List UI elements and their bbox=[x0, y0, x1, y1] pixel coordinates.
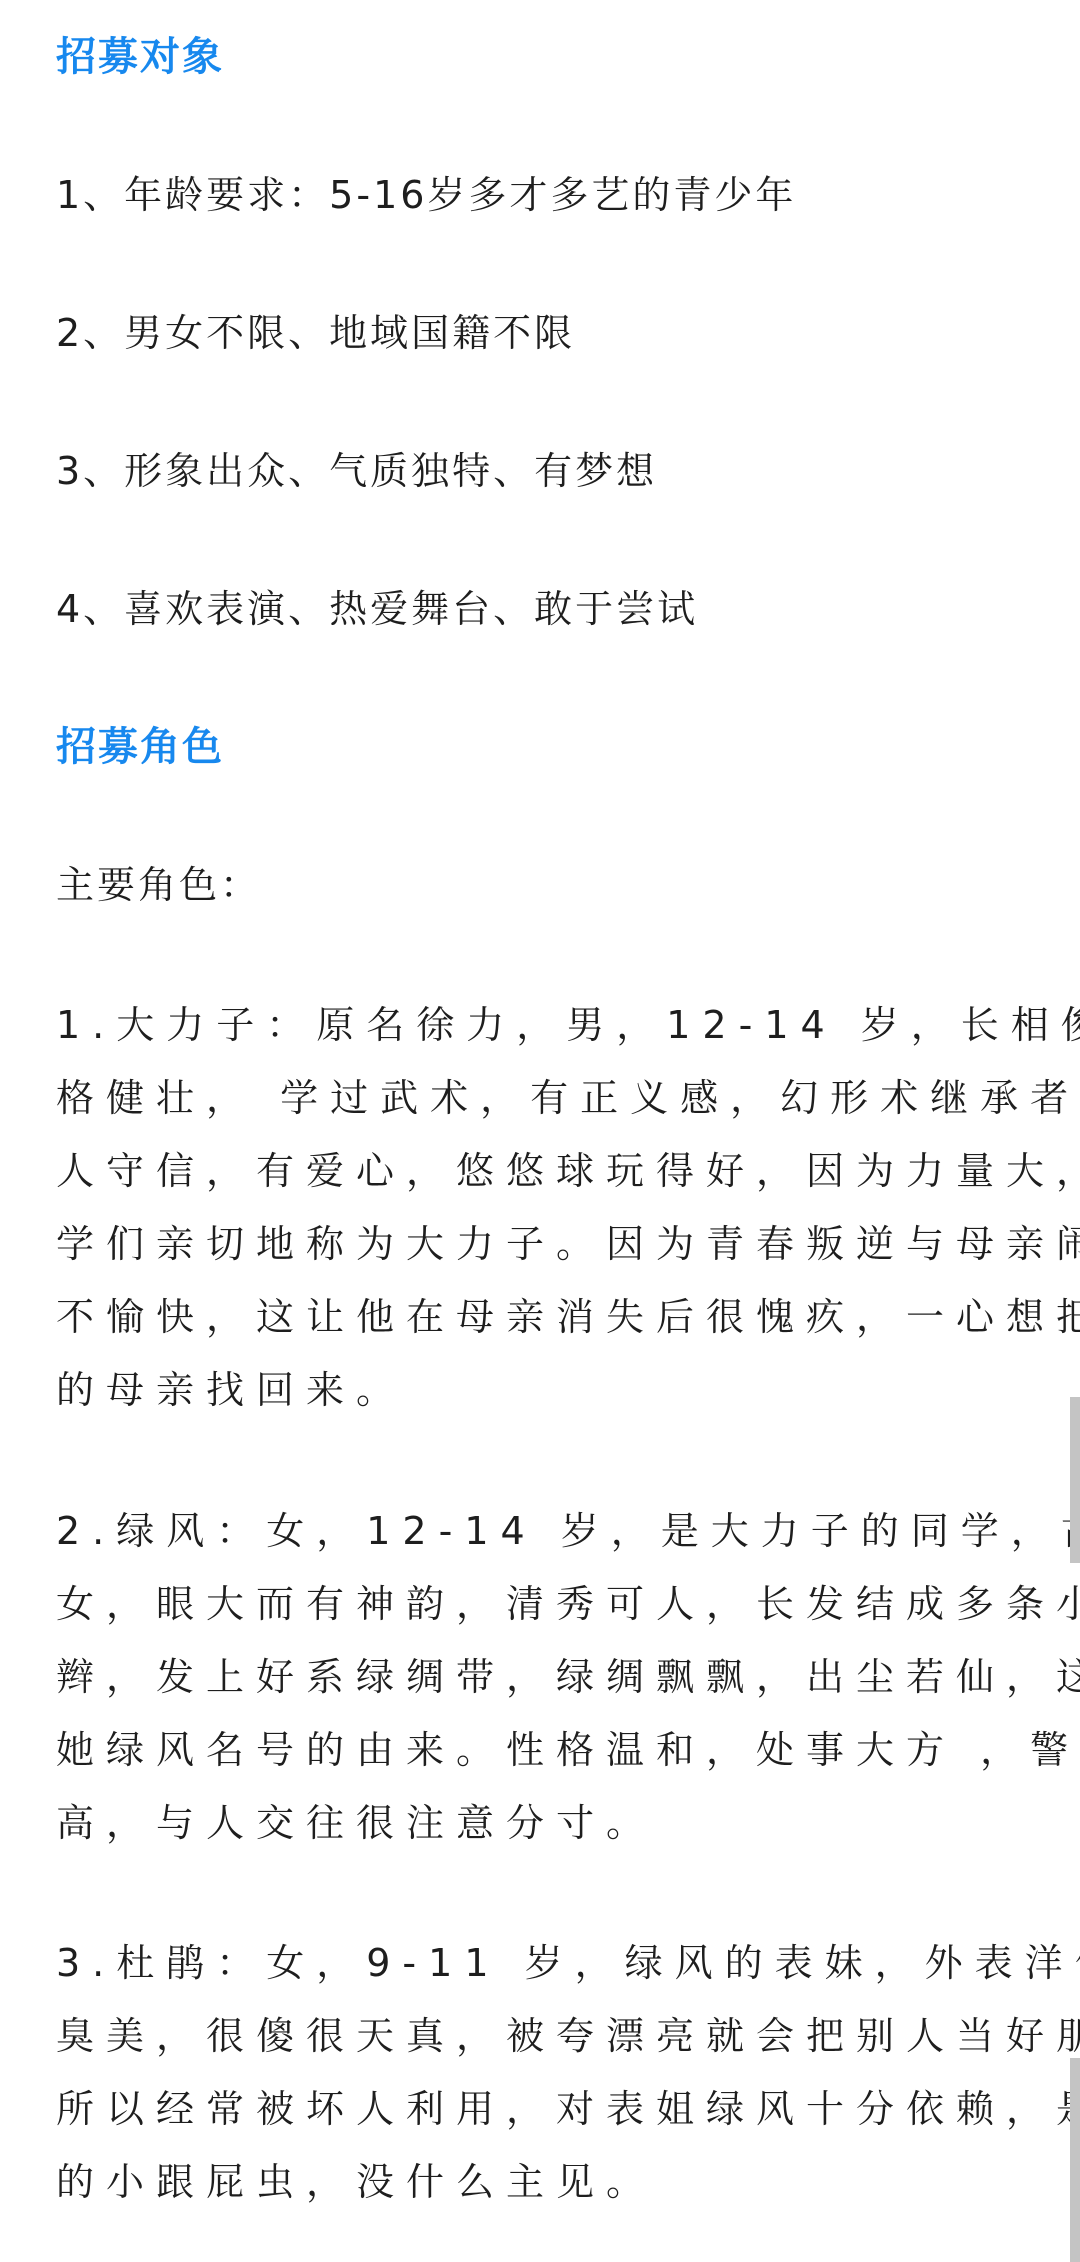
scrollbar-thumb-secondary[interactable] bbox=[1070, 2058, 1080, 2262]
paragraph-line: 2.绿风：女，12-14 岁，是大力子的同学，古风美 bbox=[56, 1506, 1080, 1556]
requirement-item-3: 3、形象出众、气质独特、有梦想 bbox=[56, 446, 657, 496]
scrollbar-thumb[interactable] bbox=[1070, 1397, 1080, 1563]
paragraph-line: 的母亲找回来。 bbox=[56, 1365, 406, 1415]
paragraph-line: 高，与人交往很注意分寸。 bbox=[56, 1798, 656, 1848]
paragraph-line: 格健壮， 学过武术，有正义感，幻形术继承者，为 bbox=[56, 1073, 1080, 1123]
paragraph-line: 女，眼大而有神韵，清秀可人，长发结成多条小麻花 bbox=[56, 1579, 1080, 1629]
section-heading-recruitment-roles: 招募角色 bbox=[56, 722, 224, 772]
paragraph-line: 3.杜鹃：女，9-11 岁，绿风的表妹，外表洋气，爱 bbox=[56, 1938, 1080, 1988]
paragraph-line: 的小跟屁虫，没什么主见。 bbox=[56, 2157, 656, 2207]
paragraph-line: 1.大力子：原名徐力，男，12-14 岁，长相俊朗，体 bbox=[56, 1000, 1080, 1050]
paragraph-line: 学们亲切地称为大力子。因为青春叛逆与母亲闹得很 bbox=[56, 1219, 1080, 1269]
paragraph-line: 不愉快，这让他在母亲消失后很愧疚，一心想把消失 bbox=[56, 1292, 1080, 1342]
section-heading-recruitment-target: 招募对象 bbox=[56, 32, 224, 82]
requirement-item-1: 1、年龄要求：5-16岁多才多艺的青少年 bbox=[56, 170, 796, 220]
main-roles-label: 主要角色： bbox=[56, 860, 261, 910]
paragraph-line: 辫，发上好系绿绸带，绿绸飘飘，出尘若仙，这也是 bbox=[56, 1652, 1080, 1702]
requirement-item-4: 4、喜欢表演、热爱舞台、敢于尝试 bbox=[56, 584, 698, 634]
paragraph-line: 臭美，很傻很天真，被夸漂亮就会把别人当好朋友， bbox=[56, 2011, 1080, 2061]
paragraph-line: 所以经常被坏人利用，对表姐绿风十分依赖，是绿风 bbox=[56, 2084, 1080, 2134]
paragraph-line: 她绿风名号的由来。性格温和，处事大方 ，警惕性 bbox=[56, 1725, 1080, 1775]
requirement-item-2: 2、男女不限、地域国籍不限 bbox=[56, 308, 575, 358]
paragraph-line: 人守信，有爱心，悠悠球玩得好，因为力量大，被同 bbox=[56, 1146, 1080, 1196]
